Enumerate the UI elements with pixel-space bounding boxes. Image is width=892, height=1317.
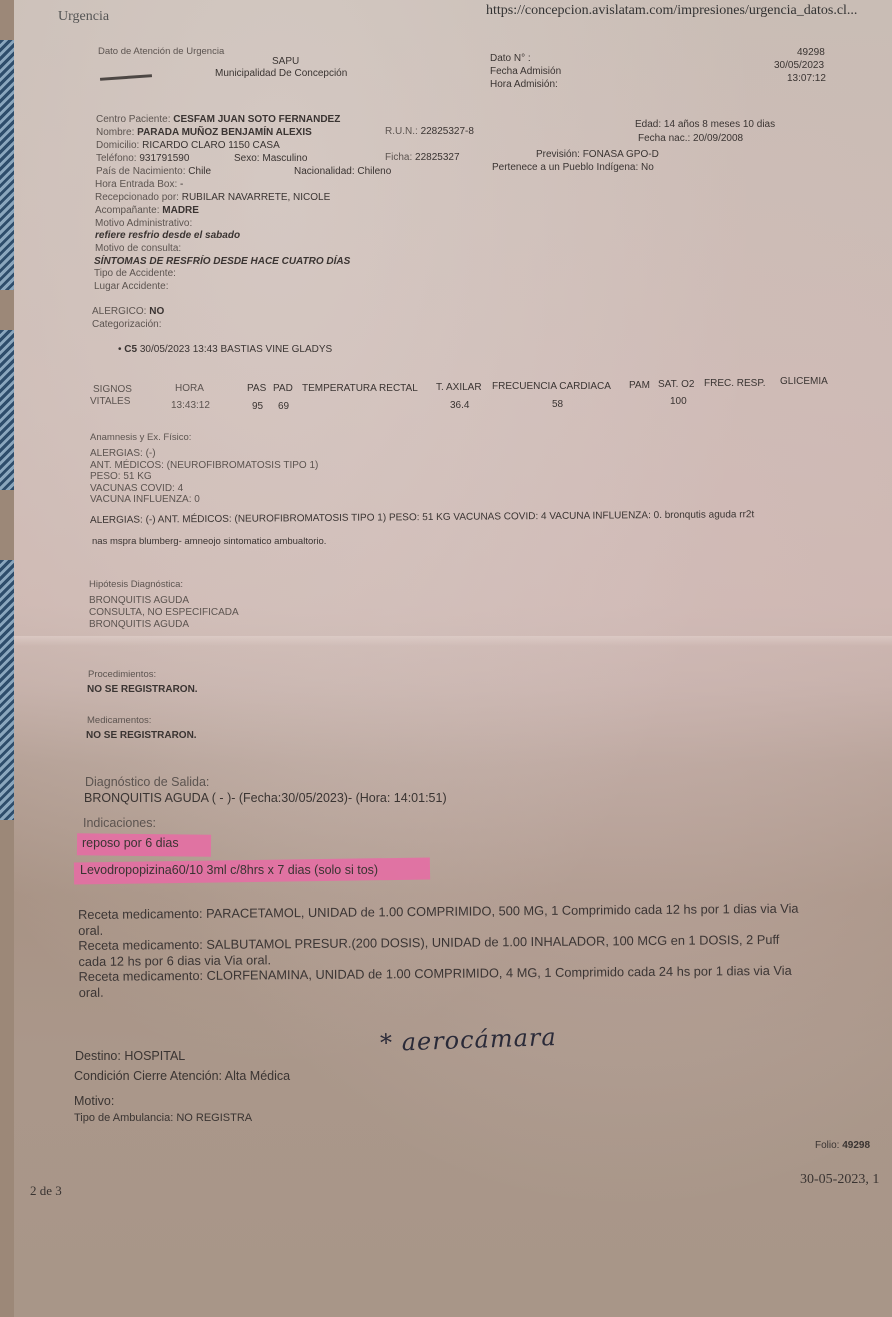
patient-age: Edad: 14 años 8 meses 10 dias <box>635 119 775 130</box>
patient-birth-country: País de Nacimiento: Chile <box>96 166 211 177</box>
lugar-accidente-label: Lugar Accidente: <box>94 281 169 292</box>
bullet-icon: • <box>118 344 122 355</box>
categorizacion-label: Categorización: <box>92 319 161 330</box>
vitals-row-label-1: SIGNOS <box>93 384 132 395</box>
motivo-administrativo-value: refiere resfrio desde el sabado <box>95 230 240 241</box>
indicaciones-title: Indicaciones: <box>83 816 156 830</box>
patient-name: Nombre: PARADA MUÑOZ BENJAMÍN ALEXIS <box>96 127 312 138</box>
patient-phone: Teléfono: 931791590 <box>96 153 189 164</box>
vitals-col-temp-rectal: TEMPERATURA RECTAL <box>302 383 418 394</box>
section-title: Dato de Atención de Urgencia <box>98 46 224 57</box>
centro-paciente: Centro Paciente: CESFAM JUAN SOTO FERNAN… <box>96 114 340 125</box>
anamnesis-line: ALERGIAS: (-) <box>90 448 318 460</box>
service-name: SAPU <box>272 56 299 67</box>
indicacion-item: reposo por 6 dias <box>82 836 179 850</box>
vitals-row-label-2: VITALES <box>90 396 130 407</box>
tipo-ambulancia: Tipo de Ambulancia: NO REGISTRA <box>74 1112 252 1124</box>
salida-value: BRONQUITIS AGUDA ( - )- (Fecha:30/05/202… <box>84 791 447 805</box>
hora-admision-label: Hora Admisión: <box>490 79 558 90</box>
vitals-col-frec-resp: FREC. RESP. <box>704 378 766 389</box>
hipotesis-item: BRONQUITIS AGUDA <box>89 619 239 631</box>
anamnesis-lines: ALERGIAS: (-) ANT. MÉDICOS: (NEUROFIBROM… <box>90 448 318 506</box>
vitals-col-t-axilar: T. AXILAR <box>436 382 482 393</box>
anamnesis-line: VACUNAS COVID: 4 <box>90 483 318 495</box>
hipotesis-list: BRONQUITIS AGUDA CONSULTA, NO ESPECIFICA… <box>89 595 239 631</box>
vitals-col-frec-cardiaca: FRECUENCIA CARDIACA <box>492 381 611 392</box>
anamnesis-summary-2: nas mspra blumberg- amneojo sintomatico … <box>92 536 326 547</box>
vitals-t-axilar: 36.4 <box>450 400 469 411</box>
fecha-admision-value: 30/05/2023 <box>774 60 824 71</box>
condicion-cierre: Condición Cierre Atención: Alta Médica <box>74 1069 290 1083</box>
print-url: https://concepcion.avislatam.com/impresi… <box>486 3 857 19</box>
page-number: 2 de 3 <box>30 1183 62 1199</box>
tipo-accidente-label: Tipo de Accidente: <box>94 268 176 279</box>
motivo-cierre: Motivo: <box>74 1094 114 1108</box>
hora-admision-value: 13:07:12 <box>787 73 826 84</box>
medicamentos-value: NO SE REGISTRARON. <box>86 730 197 741</box>
salida-title: Diagnóstico de Salida: <box>85 775 209 789</box>
anamnesis-line: ANT. MÉDICOS: (NEUROFIBROMATOSIS TIPO 1) <box>90 460 318 472</box>
hipotesis-item: BRONQUITIS AGUDA <box>89 595 239 607</box>
motivo-consulta-value: SÍNTOMAS DE RESFRÍO DESDE HACE CUATRO DÍ… <box>94 256 350 267</box>
municipality: Municipalidad De Concepción <box>215 68 347 79</box>
vitals-col-glicemia: GLICEMIA <box>780 376 828 387</box>
vitals-col-pas: PAS <box>247 383 266 394</box>
hipotesis-item: CONSULTA, NO ESPECIFICADA <box>89 607 239 619</box>
patient-nationality: Nacionalidad: Chileno <box>294 166 391 177</box>
procedimientos-title: Procedimientos: <box>88 669 156 680</box>
print-date: 30-05-2023, 1 <box>800 1172 879 1188</box>
medicamentos-title: Medicamentos: <box>87 715 151 726</box>
vitals-col-sat-o2: SAT. O2 <box>658 379 695 390</box>
paper-fold <box>14 636 892 646</box>
procedimientos-value: NO SE REGISTRARON. <box>87 684 198 695</box>
anamnesis-line: PESO: 51 KG <box>90 471 318 483</box>
destino: Destino: HOSPITAL <box>75 1049 185 1063</box>
hora-entrada-box: Hora Entrada Box: - <box>95 179 183 190</box>
motivo-consulta-label: Motivo de consulta: <box>95 243 181 254</box>
acompanante: Acompañante: MADRE <box>95 205 199 216</box>
anamnesis-title: Anamnesis y Ex. Físico: <box>90 432 191 443</box>
patient-address: Domicilio: RICARDO CLARO 1150 CASA <box>96 140 280 151</box>
recepcionado-por: Recepcionado por: RUBILAR NAVARRETE, NIC… <box>95 192 330 203</box>
patient-run: R.U.N.: 22825327-8 <box>385 126 474 137</box>
vitals-col-pad: PAD <box>273 383 293 394</box>
dato-value: 49298 <box>797 47 825 58</box>
motivo-administrativo-label: Motivo Administrativo: <box>95 218 192 229</box>
patient-ficha: Ficha: 22825327 <box>385 152 460 163</box>
folio: Folio: 49298 <box>815 1140 870 1151</box>
patient-prevision: Previsión: FONASA GPO-D <box>536 149 659 160</box>
vitals-sat-o2: 100 <box>670 396 687 407</box>
fecha-admision-label: Fecha Admisión <box>490 66 561 77</box>
alergico: ALERGICO: NO <box>92 306 164 317</box>
vitals-pad: 69 <box>278 401 289 412</box>
patient-indigenous: Pertenece a un Pueblo Indígena: No <box>492 162 654 173</box>
anamnesis-line: VACUNA INFLUENZA: 0 <box>90 494 318 506</box>
patient-birthdate: Fecha nac.: 20/09/2008 <box>638 133 743 144</box>
patient-sex: Sexo: Masculino <box>234 153 307 164</box>
hipotesis-title: Hipótesis Diagnóstica: <box>89 579 183 590</box>
receta-item: Receta medicamento: CLORFENAMINA, UNIDAD… <box>79 963 800 1000</box>
indicacion-item: Levodropopizina60/10 3ml c/8hrs x 7 dias… <box>80 863 378 877</box>
vitals-col-hora: HORA <box>175 383 204 394</box>
recetas-list: Receta medicamento: PARACETAMOL, UNIDAD … <box>78 901 799 1000</box>
vitals-pas: 95 <box>252 401 263 412</box>
vitals-frec-cardiaca: 58 <box>552 399 563 410</box>
doc-label: Urgencia <box>58 9 109 25</box>
dato-label: Dato N° : <box>490 53 531 64</box>
categorizacion-entry: • C5 30/05/2023 13:43 BASTIAS VINE GLADY… <box>118 344 332 355</box>
vitals-hora: 13:43:12 <box>171 400 210 411</box>
vitals-col-pam: PAM <box>629 380 650 391</box>
